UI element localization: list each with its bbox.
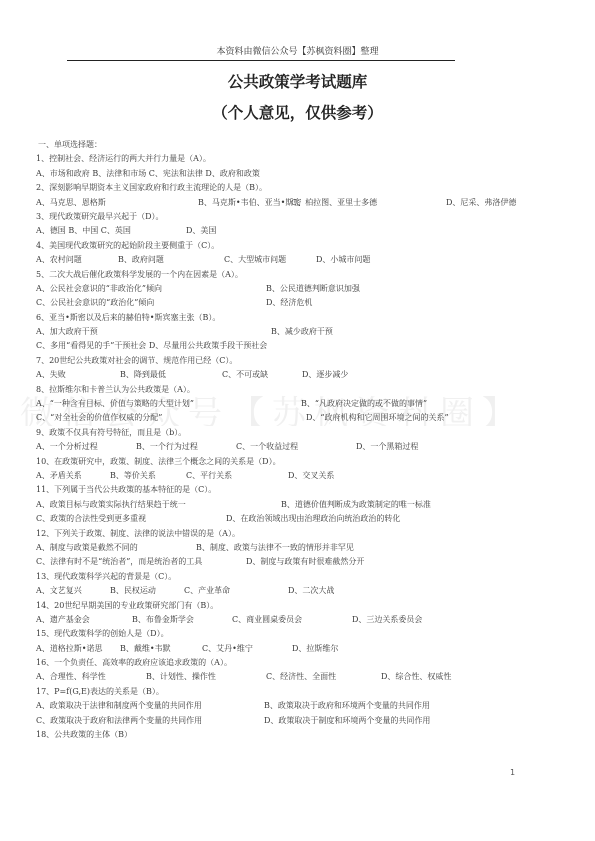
answer-option: C、平行关系 (186, 469, 232, 483)
question-stem: 6、亚当•斯密以及后来的赫伯特•斯宾塞主张（B）。 (36, 311, 576, 325)
option-row: A、矛盾关系B、等价关系C、平行关系D、交叉关系 (36, 469, 576, 483)
question-stem: 10、在政策研究中，政策、制度、法律三个概念之间的关系是（D）。 (36, 455, 576, 469)
question-stem: 7、20世纪公共政策对社会的调节、规范作用已经（C）。 (36, 354, 576, 368)
answer-option: D、小城市问题 (316, 253, 370, 267)
question-stem: 9、政策不仅具有符号特征，而且是（b）。 (36, 426, 576, 440)
answer-option: D、逐步减少 (302, 368, 348, 382)
header-note: 本资料由微信公众号【苏枫资料圈】整理 (0, 44, 595, 57)
question-stem: 11、下列属于当代公共政策的基本特征的是（C）。 (36, 483, 576, 497)
answer-option: C、产业革命 (184, 584, 230, 598)
answer-option: A、道格拉斯•诺思 (36, 642, 103, 656)
answer-option: A、矛盾关系 (36, 469, 82, 483)
answer-option: B、降到最低 (120, 368, 166, 382)
option-row: A、失败B、降到最低C、不可或缺D、逐步减少 (36, 368, 576, 382)
answer-option: C、柏拉图、亚里士多德 (291, 196, 377, 210)
option-row: A、马克思、恩格斯B、马克斯•韦伯、亚当•斯密C、柏拉图、亚里士多德D、尼采、弗… (36, 196, 576, 210)
option-row: A、制度与政策是截然不同的B、制度、政策与法律不一致的情形并非罕见 (36, 541, 576, 555)
answer-option: B、政府问题 (118, 253, 164, 267)
document-title: 公共政策学考试题库 (0, 70, 595, 92)
answer-option: B、道德价值判断成为政策制定的唯一标准 (281, 498, 431, 512)
answer-option: B、等价关系 (110, 469, 156, 483)
question-stem: 18、公共政策的主体（B） (36, 728, 576, 742)
answer-option: C、大型城市问题 (224, 253, 286, 267)
answer-option: C、多用“看得见的手”干预社会 D、尽量用公共政策手段干预社会 (36, 339, 267, 353)
option-row: C、政策的合法性受到更多重视D、在政治领域出现由治理政治向统治政治的转化 (36, 512, 576, 526)
option-row: C、“对全社会的价值作权威的分配”D、“政府机构和它周围环境之间的关系” (36, 411, 576, 425)
answer-option: D、三边关系委员会 (352, 613, 422, 627)
answer-option: A、一个分析过程 (36, 440, 98, 454)
section-title: 一、单项选择题： (36, 138, 576, 152)
option-row: A、遗产基金会B、布鲁金斯学会C、商业圆桌委员会D、三边关系委员会 (36, 613, 576, 627)
option-row: A、市场和政府 B、法律和市场 C、宪法和法律 D、政府和政策 (36, 167, 576, 181)
answer-option: B、减少政府干预 (271, 325, 333, 339)
question-stem: 5、二次大战后催化政策科学发展的一个内在因素是（A）。 (36, 268, 576, 282)
option-row: C、多用“看得见的手”干预社会 D、尽量用公共政策手段干预社会 (36, 339, 576, 353)
option-row: C、法律有时不是“统治者”，而是统治者的工具D、制度与政策有时很难截然分开 (36, 555, 576, 569)
answer-option: A、加大政府干预 (36, 325, 98, 339)
option-row: C、政策取决于政府和法律两个变量的共同作用D、政策取决于制度和环境两个变量的共同… (36, 714, 576, 728)
answer-option: B、马克斯•韦伯、亚当•斯密 (198, 196, 301, 210)
answer-option: D、美国 (186, 224, 216, 238)
option-row: A、加大政府干预B、减少政府干预 (36, 325, 576, 339)
answer-option: D、二次大战 (288, 584, 334, 598)
answer-option: D、在政治领域出现由治理政治向统治政治的转化 (226, 512, 400, 526)
answer-option: A、失败 (36, 368, 66, 382)
answer-option: B、布鲁金斯学会 (132, 613, 194, 627)
answer-option: B、计划性、操作性 (146, 670, 216, 684)
page-number: 1 (510, 768, 515, 777)
answer-option: D、“政府机构和它周围环境之间的关系” (306, 411, 449, 425)
document-subtitle: （个人意见，仅供参考） (0, 101, 595, 123)
option-row: A、一个分析过程B、一个行为过程C、一个收益过程D、一个黑箱过程 (36, 440, 576, 454)
answer-option: B、一个行为过程 (136, 440, 198, 454)
answer-option: C、一个收益过程 (236, 440, 298, 454)
answer-option: C、公民社会意识的“政治化”倾向 (36, 296, 154, 310)
option-row: A、道格拉斯•诺思B、戴维•韦默C、艾丹•维宁D、拉斯维尔 (36, 642, 576, 656)
question-stem: 17、P=f(G,E)表达的关系是（B）。 (36, 685, 576, 699)
answer-option: A、公民社会意识的“非政治化”倾向 (36, 282, 162, 296)
answer-option: D、政策取决于制度和环境两个变量的共同作用 (264, 714, 430, 728)
answer-option: D、经济危机 (266, 296, 312, 310)
answer-option: B、政策取决于政府和环境两个变量的共同作用 (264, 699, 430, 713)
question-stem: 4、美国现代政策研究的起始阶段主要侧重于（C）。 (36, 239, 576, 253)
answer-option: A、德国 B、中国 C、英国 (36, 224, 131, 238)
answer-option: C、政策的合法性受到更多重视 (36, 512, 146, 526)
question-list: 一、单项选择题： 1、控制社会、经济运行的两大并行力量是（A）。A、市场和政府 … (36, 138, 576, 742)
answer-option: A、市场和政府 B、法律和市场 C、宪法和法律 D、政府和政策 (36, 167, 260, 181)
question-stem: 13、现代政策科学兴起的背景是（C）。 (36, 570, 576, 584)
answer-option: A、文艺复兴 (36, 584, 82, 598)
answer-option: C、“对全社会的价值作权威的分配” (36, 411, 162, 425)
option-row: A、政策取决于法律和制度两个变量的共同作用B、政策取决于政府和环境两个变量的共同… (36, 699, 576, 713)
answer-option: B、民权运动 (110, 584, 156, 598)
answer-option: B、“凡政府决定做的或不做的事情” (301, 397, 427, 411)
answer-option: C、政策取决于政府和法律两个变量的共同作用 (36, 714, 202, 728)
header-divider (67, 60, 455, 61)
question-stem: 3、现代政策研究最早兴起于（D）。 (36, 210, 576, 224)
question-stem: 15、现代政策科学的创始人是（D）。 (36, 627, 576, 641)
option-row: A、“一种含有目标、价值与策略的大型计划”B、“凡政府决定做的或不做的事情” (36, 397, 576, 411)
answer-option: C、商业圆桌委员会 (232, 613, 302, 627)
option-row: A、政策目标与政策实际执行结果趋于统一B、道德价值判断成为政策制定的唯一标准 (36, 498, 576, 512)
answer-option: B、制度、政策与法律不一致的情形并非罕见 (196, 541, 354, 555)
answer-option: C、经济性、全面性 (266, 670, 336, 684)
question-stem: 16、一个负责任、高效率的政府应该追求政策的（A）。 (36, 656, 576, 670)
answer-option: D、交叉关系 (288, 469, 334, 483)
answer-option: A、合理性、科学性 (36, 670, 106, 684)
question-stem: 14、20世纪早期美国的专业政策研究部门有（B）。 (36, 599, 576, 613)
answer-option: A、制度与政策是截然不同的 (36, 541, 138, 555)
answer-option: A、“一种含有目标、价值与策略的大型计划” (36, 397, 194, 411)
answer-option: C、不可或缺 (222, 368, 268, 382)
option-row: A、合理性、科学性B、计划性、操作性C、经济性、全面性D、综合性、权威性 (36, 670, 576, 684)
answer-option: A、政策目标与政策实际执行结果趋于统一 (36, 498, 186, 512)
option-row: A、公民社会意识的“非政治化”倾向B、公民道德判断意识加强 (36, 282, 576, 296)
answer-option: B、公民道德判断意识加强 (266, 282, 360, 296)
answer-option: D、拉斯维尔 (292, 642, 338, 656)
answer-option: A、政策取决于法律和制度两个变量的共同作用 (36, 699, 202, 713)
answer-option: B、戴维•韦默 (120, 642, 171, 656)
answer-option: D、综合性、权威性 (381, 670, 451, 684)
answer-option: D、一个黑箱过程 (356, 440, 418, 454)
option-row: A、农村问题B、政府问题C、大型城市问题D、小城市问题 (36, 253, 576, 267)
answer-option: C、法律有时不是“统治者”，而是统治者的工具 (36, 555, 202, 569)
question-stem: 2、深刻影响早期资本主义国家政府和行政主流理论的人是（B）。 (36, 181, 576, 195)
question-stem: 12、下列关于政策、制度、法律的说法中错误的是（A）。 (36, 527, 576, 541)
option-row: A、文艺复兴B、民权运动C、产业革命D、二次大战 (36, 584, 576, 598)
answer-option: A、遗产基金会 (36, 613, 90, 627)
answer-option: A、农村问题 (36, 253, 82, 267)
option-row: C、公民社会意识的“政治化”倾向D、经济危机 (36, 296, 576, 310)
answer-option: C、艾丹•维宁 (202, 642, 253, 656)
option-row: A、德国 B、中国 C、英国D、美国 (36, 224, 576, 238)
question-stem: 1、控制社会、经济运行的两大并行力量是（A）。 (36, 152, 576, 166)
question-stem: 8、拉斯维尔和卡普兰认为公共政策是（A）。 (36, 383, 576, 397)
answer-option: D、制度与政策有时很难截然分开 (246, 555, 364, 569)
answer-option: A、马克思、恩格斯 (36, 196, 106, 210)
answer-option: D、尼采、弗洛伊德 (446, 196, 516, 210)
